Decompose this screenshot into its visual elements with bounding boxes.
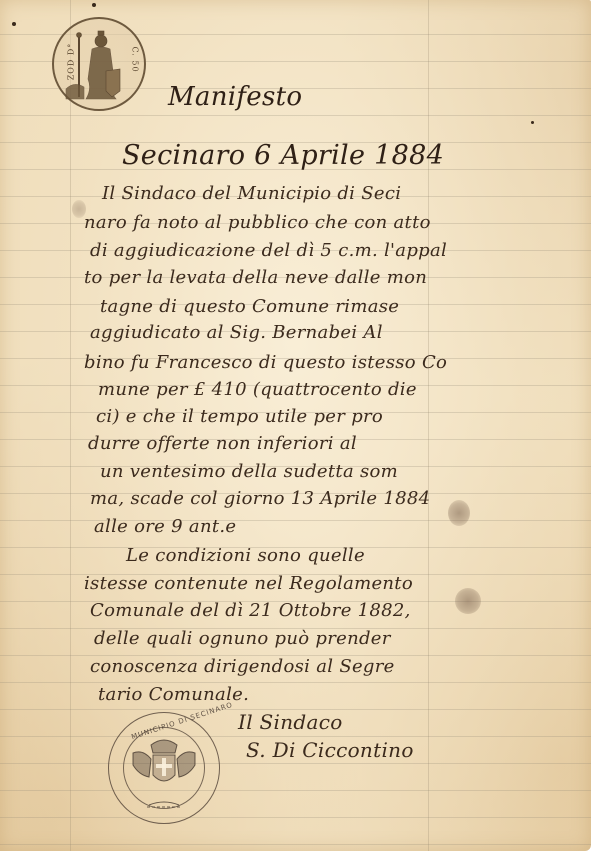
- speck: [92, 3, 96, 7]
- body-line: mune per £ 410 (quattrocento die: [98, 379, 417, 400]
- body-line: Il Sindaco del Municipio di Seci: [102, 183, 401, 204]
- body-line: to per la levata della neve dalle mon: [84, 267, 427, 288]
- signature-title: Il Sindaco: [238, 710, 343, 734]
- ink-stain: [455, 588, 481, 614]
- body-line: istesse contenute nel Regolamento: [84, 573, 413, 594]
- speck: [12, 22, 16, 26]
- body-line: Le condizioni sono quelle: [126, 545, 365, 566]
- body-line: Comunale del dì 21 Ottobre 1882,: [90, 600, 411, 621]
- body-line: un ventesimo della sudetta som: [100, 461, 398, 482]
- body-line: alle ore 9 ant.e: [94, 516, 236, 537]
- body-line: di aggiudicazione del dì 5 c.m. l'appal: [90, 240, 447, 261]
- body-line: delle quali ognuno può prender: [94, 628, 391, 649]
- body-line: aggiudicato al Sig. Bernabei Al: [90, 322, 383, 343]
- body-line: tagne di questo Comune rimase: [100, 296, 399, 317]
- body-line: conoscenza dirigendosi al Segre: [90, 656, 395, 677]
- body-line: ma, scade col giorno 13 Aprile 1884: [90, 488, 430, 509]
- municipal-seal: MUNICIPIO DI SECINARO: [108, 712, 220, 824]
- revenue-stamp: ZOD D° C. 50: [52, 17, 146, 111]
- stamp-value-text: C. 50: [130, 46, 139, 72]
- left-margin-line: [70, 0, 71, 851]
- speck: [531, 121, 534, 124]
- body-line: ci) e che il tempo utile per pro: [96, 406, 383, 427]
- stamp-left-text: ZOD D°: [66, 43, 75, 81]
- document-title: Manifesto: [168, 82, 302, 112]
- dateline: Secinaro 6 Aprile 1884: [122, 140, 444, 171]
- right-margin-line: [428, 0, 429, 851]
- body-line: naro fa noto al pubblico che con atto: [84, 212, 431, 233]
- savoy-shield-icon: [109, 713, 219, 823]
- ink-stain: [448, 500, 470, 526]
- body-line: bino fu Francesco di questo istesso Co: [84, 352, 447, 373]
- signature-name: S. Di Ciccontino: [246, 738, 414, 762]
- body-line: durre offerte non inferiori al: [88, 433, 357, 454]
